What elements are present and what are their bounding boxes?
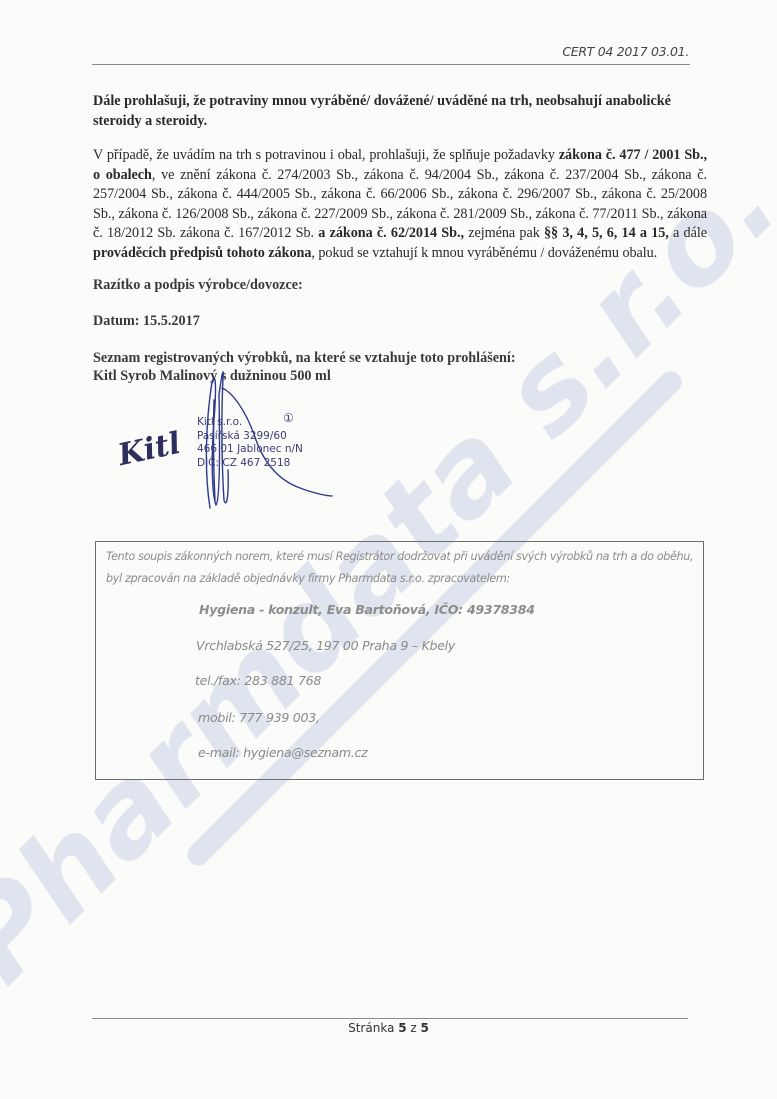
- processor-phone: tel./fax: 283 881 768: [195, 673, 321, 688]
- steroids-declaration: Dále prohlašuji, že potraviny mnou vyráb…: [93, 92, 707, 131]
- processor-company: Hygiena - konzult, Eva Bartoňová, IČO: 4…: [199, 602, 535, 617]
- page-total: 5: [421, 1021, 429, 1035]
- header-rule: [92, 64, 690, 65]
- stamp-signature-label: Razítko a podpis výrobce/dovozce:: [93, 277, 303, 294]
- footer-rule: [92, 1018, 688, 1019]
- para-text: V případě, že uvádím na trh s potravinou…: [93, 147, 559, 163]
- stamp-line: Kitl s.r.o.: [197, 416, 242, 428]
- para-bold-regulations: prováděcích předpisů tohoto zákona: [93, 245, 311, 261]
- products-list-label: Seznam registrovaných výrobků, na které …: [93, 350, 516, 367]
- stamp-line: 466 01 Jablonec n/N: [197, 443, 303, 455]
- para-bold-sections: §§ 3, 4, 5, 6, 14 a 15,: [544, 225, 669, 241]
- page-separator: z: [407, 1021, 421, 1035]
- page-current: 5: [398, 1021, 406, 1035]
- stamp-line: Pasířská 3299/60: [197, 430, 287, 442]
- page-prefix: Stránka: [348, 1021, 398, 1035]
- processor-address: Vrchlabská 527/25, 197 00 Praha 9 – Kbel…: [196, 638, 455, 653]
- stamp-line: DIČ: CZ 467 2518: [197, 457, 290, 469]
- packaging-declaration: V případě, že uvádím na trh s potravinou…: [93, 146, 707, 263]
- para-bold-law: a zákona č. 62/2014 Sb.,: [318, 225, 464, 241]
- para-text: zejména pak: [464, 225, 544, 241]
- processor-mobile: mobil: 777 939 003,: [198, 710, 320, 725]
- processor-email: e-mail: hygiena@seznam.cz: [198, 745, 367, 760]
- kitl-logo: Kitl: [115, 426, 184, 473]
- para-text: , pokud se vztahují k mnou vyráběnému / …: [311, 245, 657, 261]
- page-number: Stránka 5 z 5: [0, 1021, 777, 1035]
- para-text: a dále: [669, 225, 707, 241]
- product-item: Kitl Syrob Malinový s dužninou 500 ml: [93, 368, 331, 385]
- info-box-intro: Tento soupis zákonných norem, které musí…: [106, 546, 701, 590]
- date-label: Datum: 15.5.2017: [93, 313, 200, 330]
- stamp-number-mark: ①: [283, 411, 294, 425]
- document-code: CERT 04 2017 03.01.: [562, 44, 689, 59]
